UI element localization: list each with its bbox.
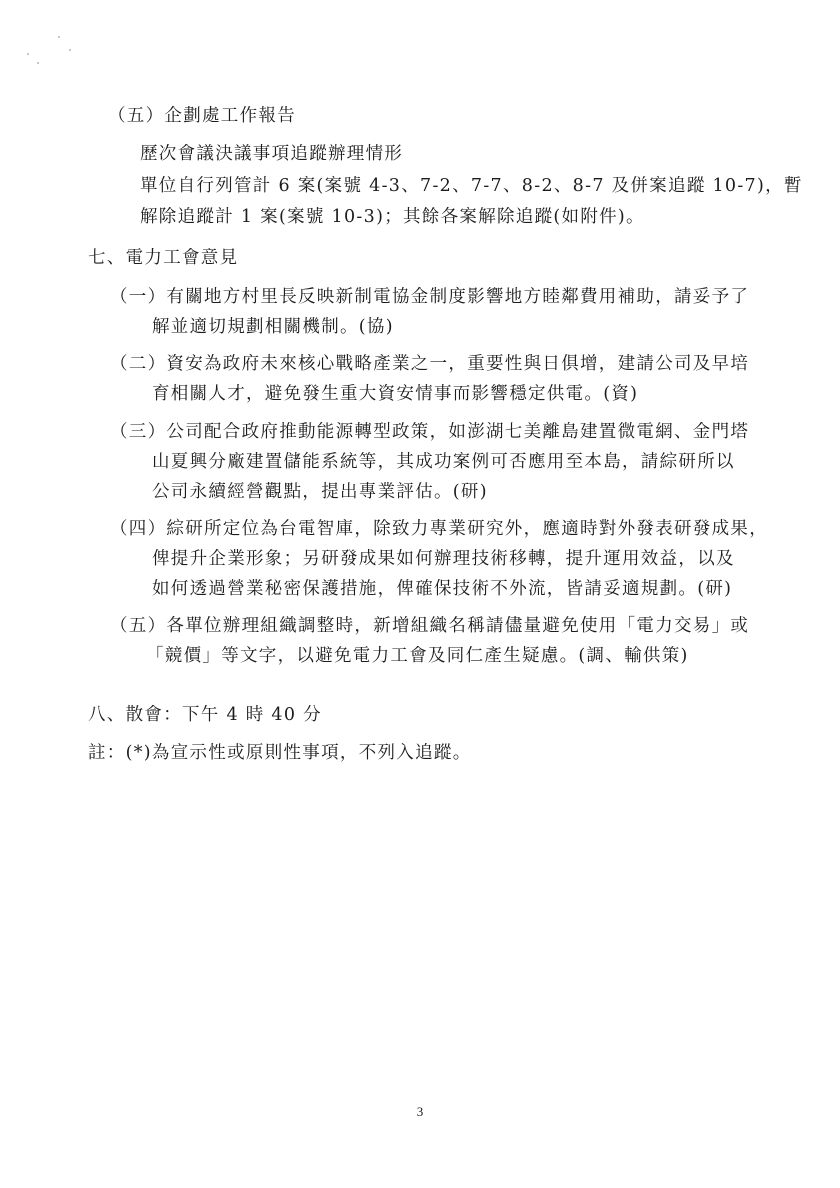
scan-speck: [69, 49, 71, 51]
list-item-line: 「競價」等文字，以避免電力工會及同仁產生疑慮。(調、輸供策): [146, 644, 689, 668]
adjournment-line: 八、散會：下午 4 時 40 分: [88, 703, 322, 727]
list-item-line: 育相關人才，避免發生重大資安情事而影響穩定供電。(資): [152, 382, 638, 406]
list-item-line: （一）有關地方村里長反映新制電協金制度影響地方睦鄰費用補助，請妥予了: [110, 285, 749, 309]
list-item-line: 公司永續經營觀點，提出專業評估。(研): [152, 480, 488, 504]
paragraph-line: 單位自行列管計 6 案(案號 4-3、7-2、7-7、8-2、8-7 及併案追蹤…: [140, 174, 803, 198]
list-item-line: （四）綜研所定位為台電智庫，除致力專業研究外，應適時對外發表研發成果，: [110, 517, 768, 541]
list-item-line: （三）公司配合政府推動能源轉型政策，如澎湖七美離島建置微電網、金門塔: [110, 420, 749, 444]
list-item-line: 解並適切規劃相關機制。(協): [152, 315, 394, 339]
footnote: 註：(*)為宣示性或原則性事項，不列入追蹤。: [88, 741, 472, 765]
list-item-line: （五）各單位辦理組織調整時，新增組織名稱請儘量避免使用「電力交易」或: [110, 614, 749, 638]
scan-speck: [37, 62, 39, 64]
section-heading: （五）企劃處工作報告: [108, 104, 296, 128]
list-item-line: 俾提升企業形象；另研發成果如何辦理技術移轉，提升運用效益，以及: [152, 547, 735, 571]
scan-speck: [58, 36, 60, 38]
list-item-line: 如何透過營業秘密保護措施，俾確保技術不外流，皆請妥適規劃。(研): [152, 577, 732, 601]
subheading: 歷次會議決議事項追蹤辦理情形: [140, 142, 403, 166]
page-number: 3: [0, 1104, 840, 1120]
paragraph-line: 解除追蹤計 1 案(案號 10-3)；其餘各案解除追蹤(如附件)。: [140, 205, 645, 229]
scan-speck: [27, 53, 29, 55]
section-heading: 七、電力工會意見: [88, 246, 238, 270]
list-item-line: （二）資安為政府未來核心戰略產業之一，重要性與日俱增，建請公司及早培: [110, 352, 749, 376]
list-item-line: 山夏興分廠建置儲能系統等，其成功案例可否應用至本島，請綜研所以: [152, 450, 735, 474]
